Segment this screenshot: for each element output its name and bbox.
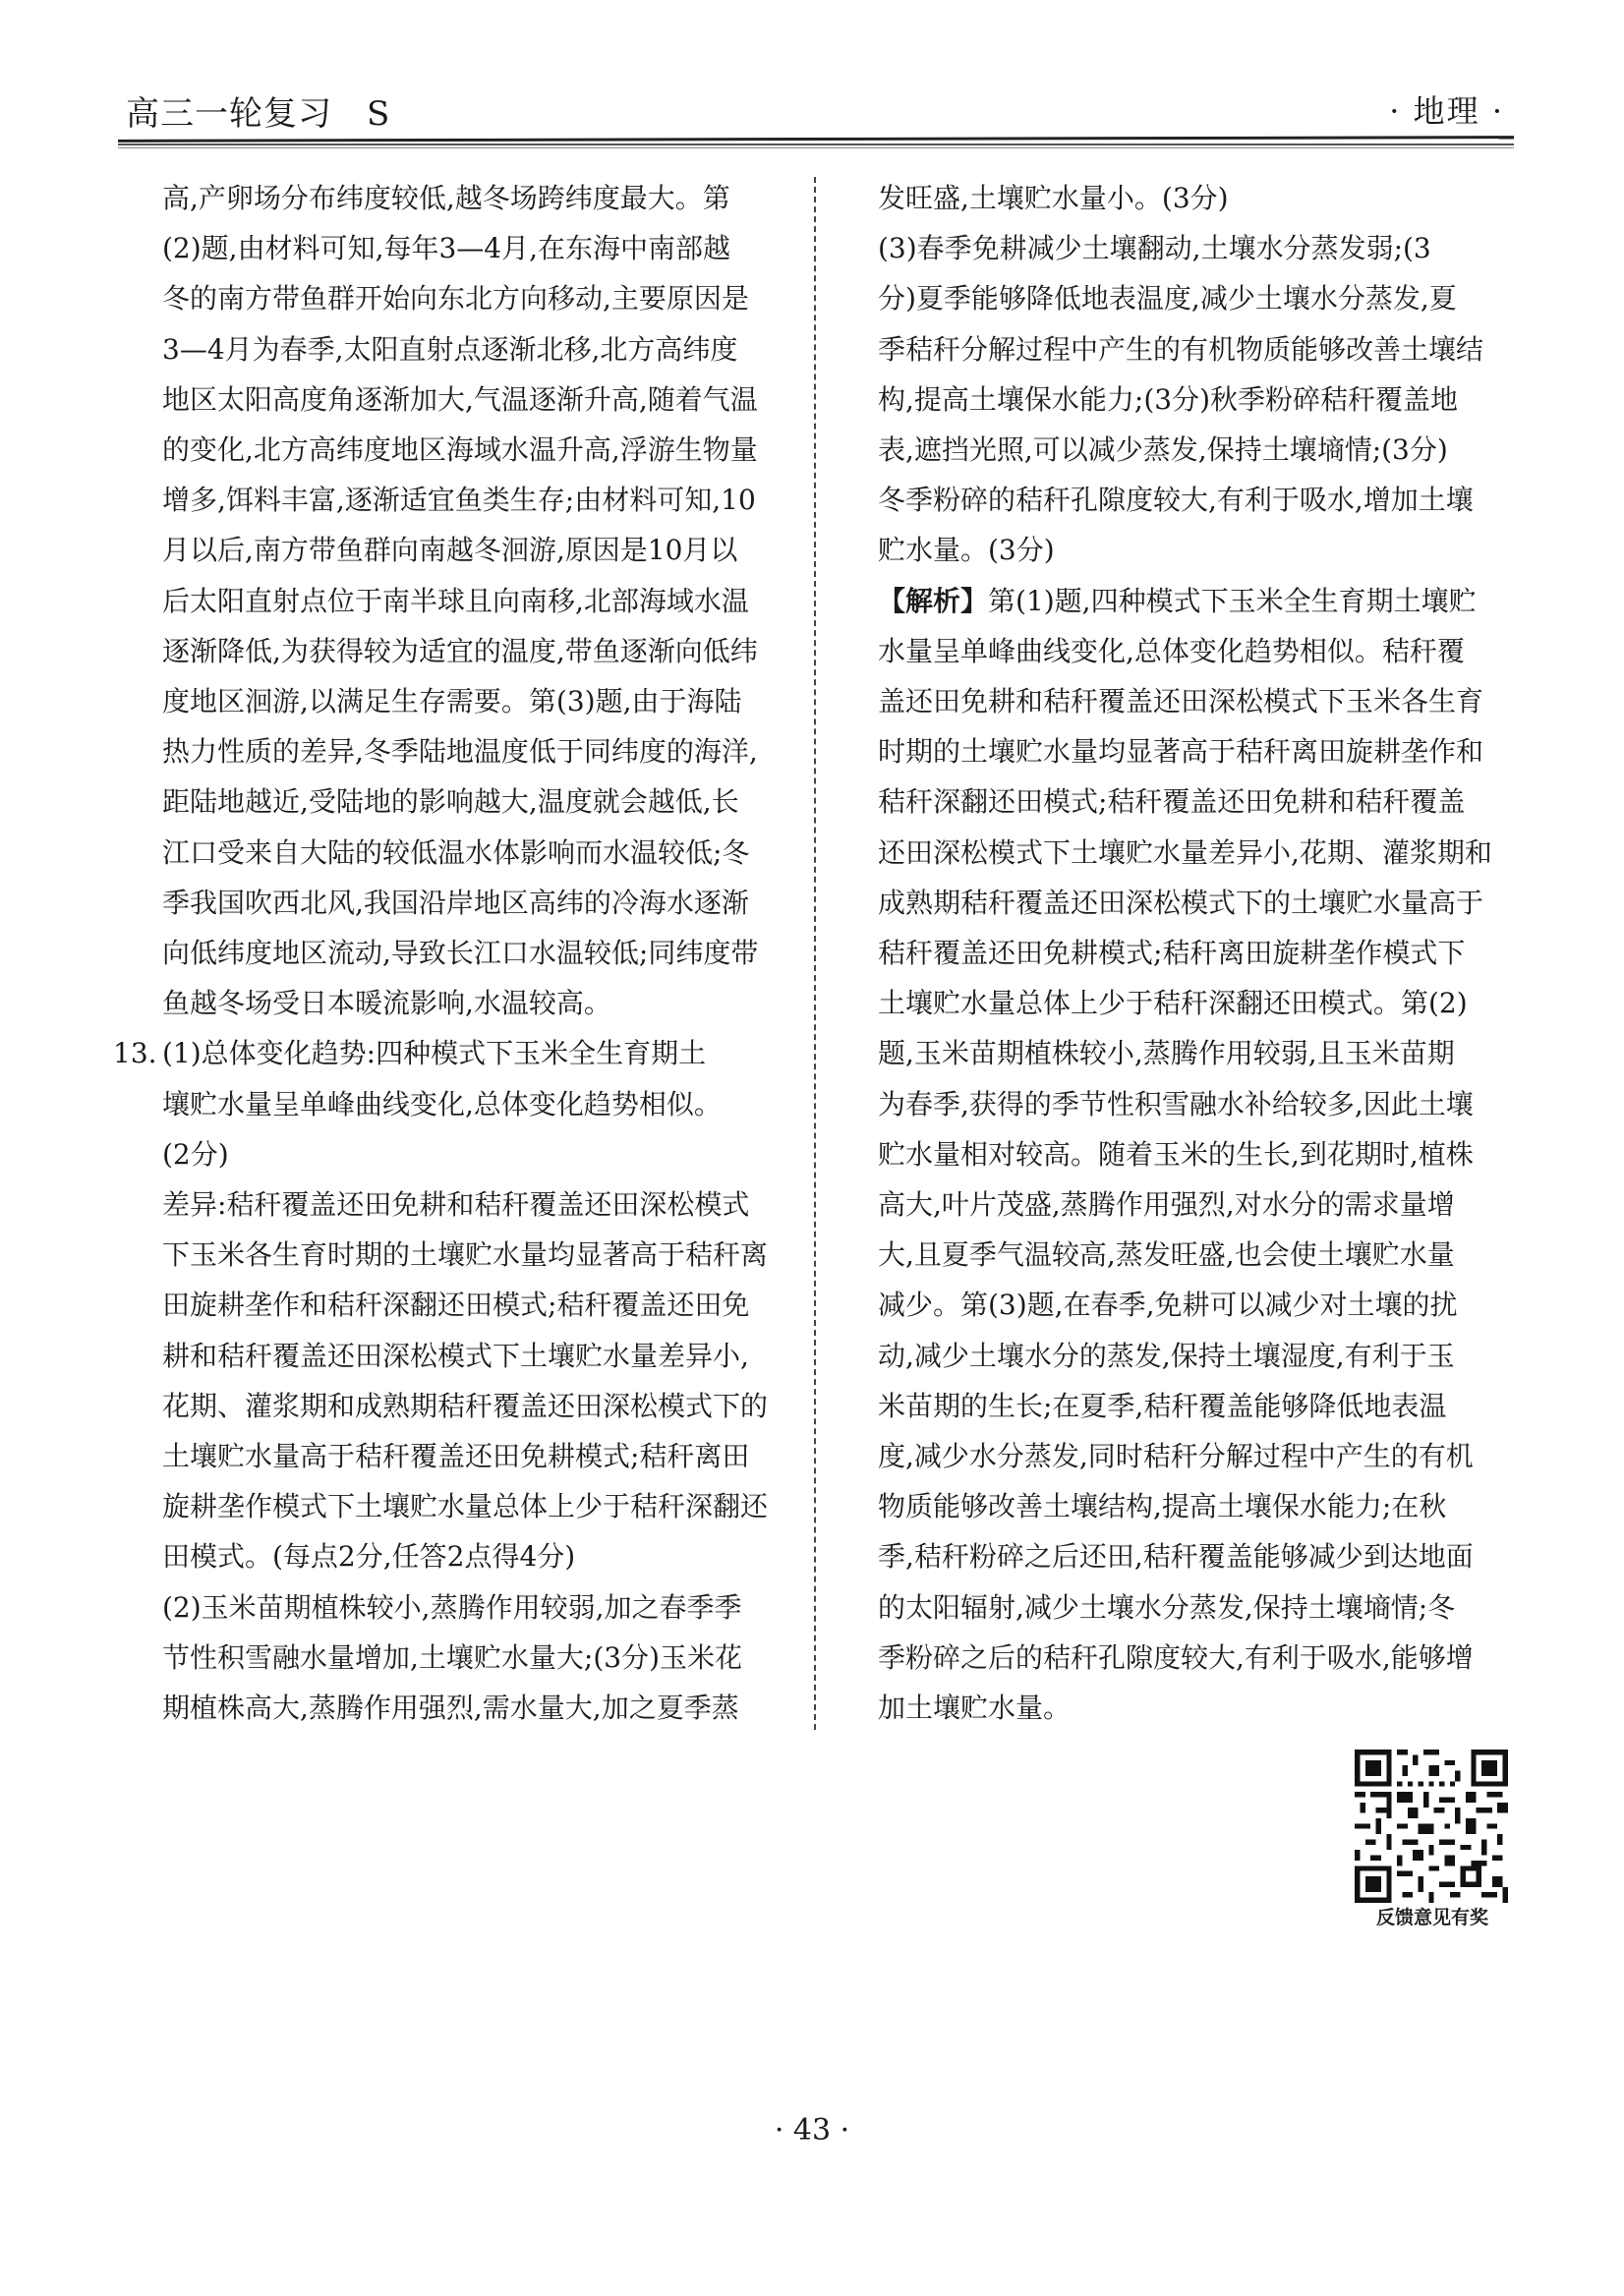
text-line: 3—4月为春季,太阳直射点逐渐北移,北方高纬度 (162, 324, 801, 374)
text-line: 田模式。(每点2分,任答2点得4分) (162, 1531, 801, 1581)
qr-code-graphic (1355, 1750, 1508, 1903)
text-line: 高,产卵场分布纬度较低,越冬场跨纬度最大。第 (162, 173, 801, 223)
analysis-first-line: 第(1)题,四种模式下玉米全生育期土壤贮 (988, 585, 1477, 617)
text-line: 季,秸秆粉碎之后还田,秸秆覆盖能够减少到达地面 (878, 1531, 1515, 1581)
analysis-label: 【解析】 (878, 585, 988, 617)
header-rule-divider (118, 138, 1514, 149)
text-line: 构,提高土壤保水能力;(3分)秋季粉碎秸秆覆盖地 (878, 374, 1515, 425)
text-line: 为春季,获得的季节性积雪融水补给较多,因此土壤 (878, 1079, 1515, 1129)
text-line: 大,且夏季气温较高,蒸发旺盛,也会使土壤贮水量 (878, 1230, 1515, 1280)
text-line: (1)总体变化趋势:四种模式下玉米全生育期土 (162, 1028, 801, 1078)
text-line: 高大,叶片茂盛,蒸腾作用强烈,对水分的需求量增 (878, 1179, 1515, 1230)
text-line: 发旺盛,土壤贮水量小。(3分) (878, 173, 1515, 223)
question-number: 13. (113, 1028, 157, 1078)
text-line: 表,遮挡光照,可以减少蒸发,保持土壤墒情;(3分) (878, 425, 1515, 475)
text-line: 向低纬度地区流动,导致长江口水温较低;同纬度带 (162, 928, 801, 978)
text-line: 还田深松模式下土壤贮水量差异小,花期、灌浆期和 (878, 828, 1515, 878)
text-line: 后太阳直射点位于南半球且向南移,北部海域水温 (162, 576, 801, 626)
text-line: 时期的土壤贮水量均显著高于秸秆离田旋耕垄作和 (878, 726, 1515, 776)
text-line: 鱼越冬场受日本暖流影响,水温较高。 (162, 978, 801, 1028)
left-column: 高,产卵场分布纬度较低,越冬场跨纬度最大。第 (2)题,由材料可知,每年3—4月… (162, 173, 801, 1733)
text-line: 度地区洄游,以满足生存需要。第(3)题,由于海陆 (162, 676, 801, 726)
text-line: 贮水量。(3分) (878, 525, 1515, 575)
text-line: 增多,饵料丰富,逐渐适宜鱼类生存;由材料可知,10 (162, 475, 801, 525)
text-line: 的变化,北方高纬度地区海域水温升高,浮游生物量 (162, 425, 801, 475)
text-line: 期植株高大,蒸腾作用强烈,需水量大,加之夏季蒸 (162, 1683, 801, 1733)
text-line: 秸秆覆盖还田免耕模式;秸秆离田旋耕垄作模式下 (878, 928, 1515, 978)
text-line: 成熟期秸秆覆盖还田深松模式下的土壤贮水量高于 (878, 878, 1515, 928)
text-line: 季秸秆分解过程中产生的有机物质能够改善土壤结 (878, 324, 1515, 374)
question-13-answer: 13. (1)总体变化趋势:四种模式下玉米全生育期土 壤贮水量呈单峰曲线变化,总… (162, 1028, 801, 1733)
text-line: 江口受来自大陆的较低温水体影响而水温较低;冬 (162, 828, 801, 878)
text-line: 月以后,南方带鱼群向南越冬洄游,原因是10月以 (162, 525, 801, 575)
text-line: 物质能够改善土壤结构,提高土壤保水能力;在秋 (878, 1481, 1515, 1531)
text-line: 减少。第(3)题,在春季,免耕可以减少对土壤的扰 (878, 1280, 1515, 1330)
text-line: 田旋耕垄作和秸秆深翻还田模式;秸秆覆盖还田免 (162, 1280, 801, 1330)
text-line: 季粉碎之后的秸秆孔隙度较大,有利于吸水,能够增 (878, 1633, 1515, 1683)
text-line: (3)春季免耕减少土壤翻动,土壤水分蒸发弱;(3 (878, 223, 1515, 273)
subject-title: · 地理 · (1389, 86, 1504, 132)
text-line: 贮水量相对较高。随着玉米的生长,到花期时,植株 (878, 1129, 1515, 1179)
answer-continuation: 发旺盛,土壤贮水量小。(3分) (3)春季免耕减少土壤翻动,土壤水分蒸发弱;(3… (878, 173, 1515, 576)
text-line: 【解析】第(1)题,四种模式下玉米全生育期土壤贮 (878, 576, 1515, 626)
text-line: 冬的南方带鱼群开始向东北方向移动,主要原因是 (162, 273, 801, 323)
qr-caption: 反馈意见有奖 (1349, 1903, 1516, 1929)
page-header: 高三一轮复习 S · 地理 · (118, 86, 1514, 155)
text-line: (2)玉米苗期植株较小,蒸腾作用较弱,加之春季季 (162, 1582, 801, 1633)
text-line: 盖还田免耕和秸秆覆盖还田深松模式下玉米各生育 (878, 676, 1515, 726)
page-number: · 43 · (0, 2113, 1624, 2148)
text-line: 地区太阳高度角逐渐加大,气温逐渐升高,随着气温 (162, 374, 801, 425)
text-line: 冬季粉碎的秸秆孔隙度较大,有利于吸水,增加土壤 (878, 475, 1515, 525)
analysis-section: 【解析】第(1)题,四种模式下玉米全生育期土壤贮 水量呈单峰曲线变化,总体变化趋… (878, 576, 1515, 1734)
book-title: 高三一轮复习 S (126, 86, 390, 135)
text-line: 秸秆深翻还田模式;秸秆覆盖还田免耕和秸秆覆盖 (878, 776, 1515, 827)
right-column: 发旺盛,土壤贮水量小。(3分) (3)春季免耕减少土壤翻动,土壤水分蒸发弱;(3… (878, 173, 1515, 1733)
text-line: 季我国吹西北风,我国沿岸地区高纬的冷海水逐渐 (162, 878, 801, 928)
text-line: 下玉米各生育时期的土壤贮水量均显著高于秸秆离 (162, 1230, 801, 1280)
text-line: 分)夏季能够降低地表温度,减少土壤水分蒸发,夏 (878, 273, 1515, 323)
text-line: 土壤贮水量高于秸秆覆盖还田免耕模式;秸秆离田 (162, 1431, 801, 1481)
text-line: 旋耕垄作模式下土壤贮水量总体上少于秸秆深翻还 (162, 1481, 801, 1531)
text-line: 的太阳辐射,减少土壤水分蒸发,保持土壤墒情;冬 (878, 1582, 1515, 1633)
text-line: (2)题,由材料可知,每年3—4月,在东海中南部越 (162, 223, 801, 273)
text-line: 花期、灌浆期和成熟期秸秆覆盖还田深松模式下的 (162, 1381, 801, 1431)
continuation-paragraph: 高,产卵场分布纬度较低,越冬场跨纬度最大。第 (2)题,由材料可知,每年3—4月… (162, 173, 801, 1028)
text-line: 壤贮水量呈单峰曲线变化,总体变化趋势相似。 (162, 1079, 801, 1129)
text-line: 水量呈单峰曲线变化,总体变化趋势相似。秸秆覆 (878, 626, 1515, 676)
text-line: 题,玉米苗期植株较小,蒸腾作用较弱,且玉米苗期 (878, 1028, 1515, 1078)
text-line: 节性积雪融水量增加,土壤贮水量大;(3分)玉米花 (162, 1633, 801, 1683)
text-line: 距陆地越近,受陆地的影响越大,温度就会越低,长 (162, 776, 801, 827)
text-line: 土壤贮水量总体上少于秸秆深翻还田模式。第(2) (878, 978, 1515, 1028)
text-line: 逐渐降低,为获得较为适宜的温度,带鱼逐渐向低纬 (162, 626, 801, 676)
text-line: (2分) (162, 1129, 801, 1179)
text-line: 耕和秸秆覆盖还田深松模式下土壤贮水量差异小, (162, 1331, 801, 1381)
text-line: 热力性质的差异,冬季陆地温度低于同纬度的海洋, (162, 726, 801, 776)
text-line: 动,减少土壤水分的蒸发,保持土壤湿度,有利于玉 (878, 1331, 1515, 1381)
qr-code-icon[interactable] (1355, 1750, 1508, 1907)
text-line: 度,减少水分蒸发,同时秸秆分解过程中产生的有机 (878, 1431, 1515, 1481)
column-divider (814, 177, 816, 1730)
text-line: 米苗期的生长;在夏季,秸秆覆盖能够降低地表温 (878, 1381, 1515, 1431)
text-line: 差异:秸秆覆盖还田免耕和秸秆覆盖还田深松模式 (162, 1179, 801, 1230)
text-line: 加土壤贮水量。 (878, 1683, 1515, 1733)
